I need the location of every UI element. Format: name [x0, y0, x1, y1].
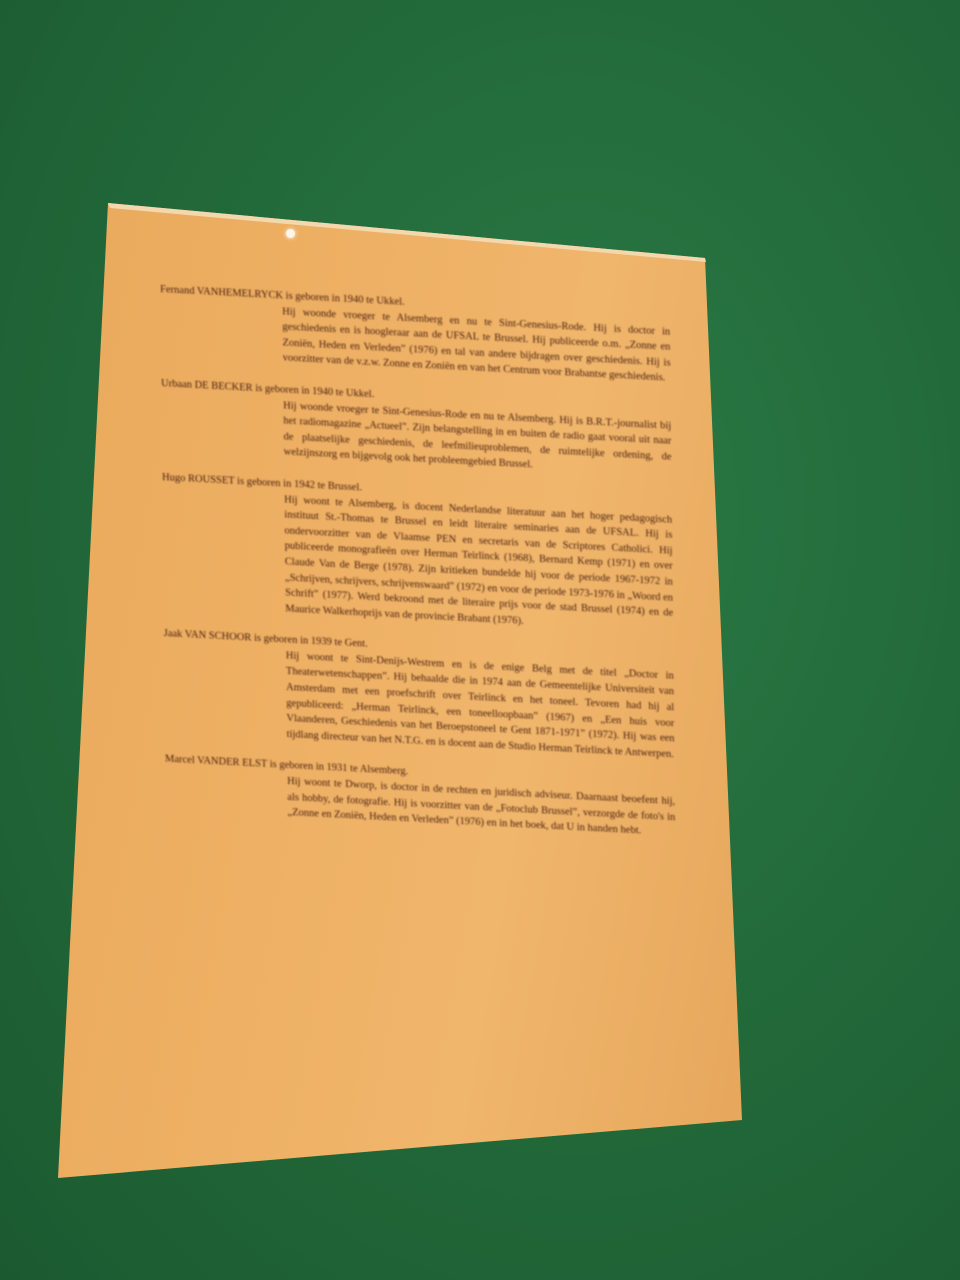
bio-body: Hij woont te Alsemberg, is docent Nederl… — [284, 492, 673, 637]
author-bio: Hugo ROUSSET is geboren in 1942 te Bruss… — [162, 470, 683, 638]
author-bio: Jaak VAN SCHOOR is geboren in 1939 te Ge… — [164, 626, 685, 762]
author-bio: Urbaan DE BECKER is geboren in 1940 te U… — [161, 376, 682, 481]
author-bio: Marcel VANDER ELST is geboren in 1931 te… — [165, 752, 686, 842]
light-reflection-spot — [286, 229, 295, 238]
author-bios: Fernand VANHEMELRYCK is geboren in 1940 … — [160, 282, 686, 857]
bio-body: Hij woont te Sint-Denijs-Westrem en is d… — [286, 648, 675, 762]
